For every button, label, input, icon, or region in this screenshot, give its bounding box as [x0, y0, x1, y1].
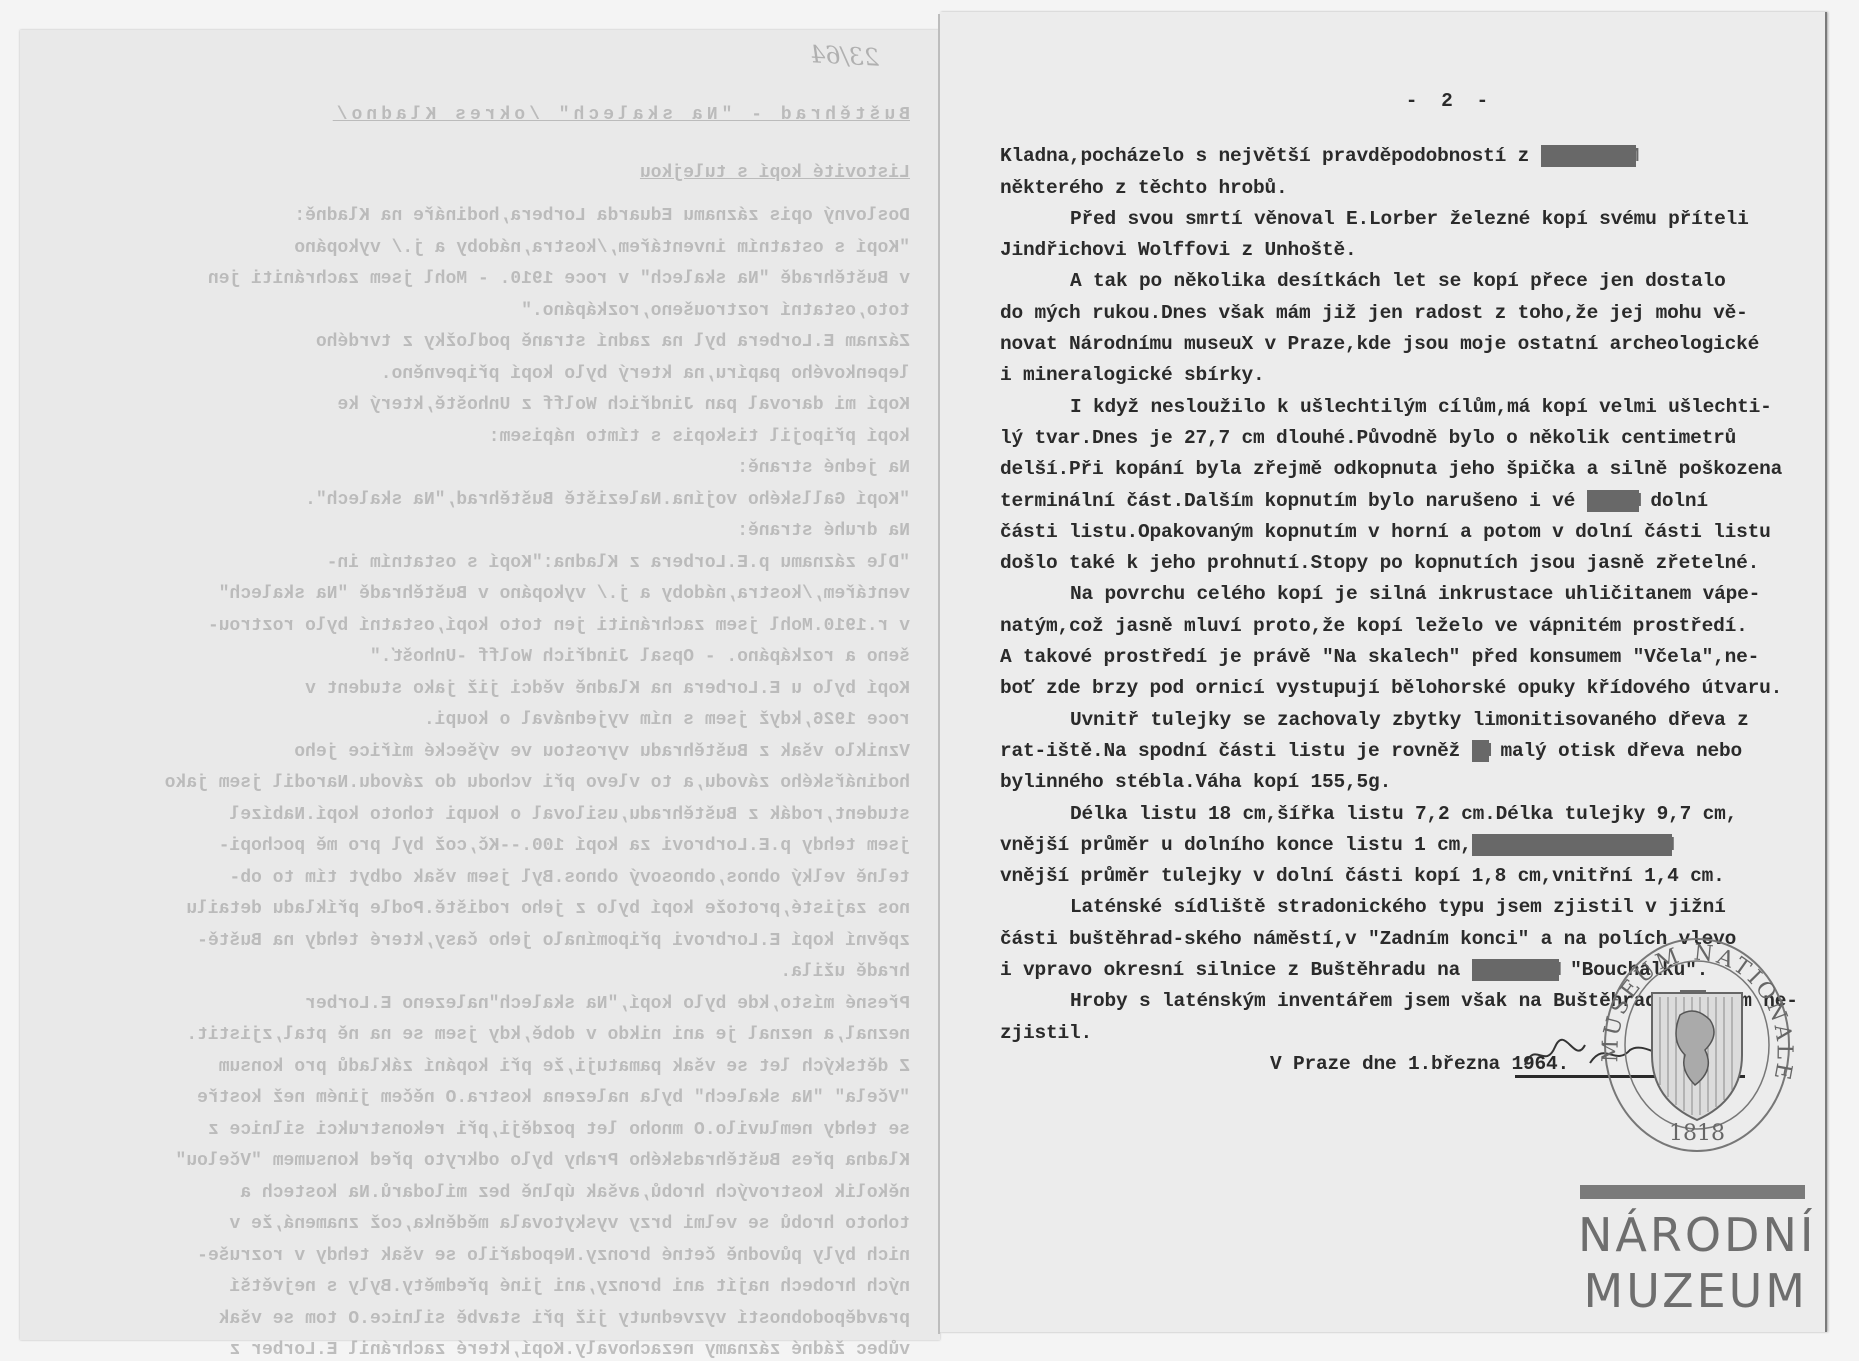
bleed-line: pravděpodobností vyzvednuty již při stav… — [120, 1304, 910, 1336]
museum-seal-icon: MUSEUM NATIONALE 1818 — [1600, 935, 1795, 1155]
bleed-line: telně velký obnos,obnosový obnos.Byl jse… — [120, 863, 910, 895]
letter-line: I když nesloužilo k ušlechtilým cílům,má… — [1000, 392, 1780, 423]
bleed-line: jsem tehdy p.E.Lorbrovi za kopí 100.--Kč… — [120, 831, 910, 863]
letter-line: Délka listu 18 cm,šířka listu 7,2 cm.Dél… — [1000, 799, 1780, 830]
letter-line: natým,což jasně mluví proto,že kopí leže… — [1000, 611, 1780, 642]
bleed-line: hodinářského závodu,a to vlevo při vchod… — [120, 768, 910, 800]
bleed-line: Z dětských let se však pamatuji,že při k… — [120, 1052, 910, 1084]
bleed-line: "Dle záznamu p.E.Lorbera z Kladna:"Kopí … — [120, 548, 910, 580]
letter-line: Uvnitř tulejky se zachovaly zbytky limon… — [1000, 705, 1780, 736]
letter-line: delší.Při kopání byla zřejmě odkopnuta j… — [1000, 454, 1780, 485]
line-text: vnější průměr u dolního konce listu 1 cm… — [1000, 834, 1472, 856]
line-text: malý otisk dřeva nebo — [1489, 740, 1742, 762]
bleed-line: nos zajisté,protože kopí bylo z jeho rod… — [120, 894, 910, 926]
bleed-line: šeno a rozkápáno. - Opsal Jindřich Wolff… — [120, 642, 910, 674]
letter-line: Kladna,pocházelo s největší pravděpodobn… — [1000, 141, 1780, 172]
line-text: natým,což jasně mluví proto,že kopí leže… — [1000, 615, 1748, 637]
line-text: I když nesloužilo k ušlechtilým cílům,má… — [1070, 396, 1772, 418]
logo-line-2: MUZEUM — [1578, 1268, 1808, 1314]
line-text: do mých rukou.Dnes však mám již jen rado… — [1000, 302, 1748, 324]
letter-line: rat-iště.Na spodní části listu je rovněž… — [1000, 736, 1780, 767]
bleed-line: Kopí bylo u E.Lorbera na Kladně vědci ji… — [120, 674, 910, 706]
page-number: - 2 - — [1000, 86, 1780, 117]
line-text: došlo také k jeho prohnutí.Stopy po kopn… — [1000, 552, 1759, 574]
line-text: dolní — [1639, 490, 1708, 512]
line-text: Uvnitř tulejky se zachovaly zbytky limon… — [1070, 709, 1749, 731]
line-text: rat-iště.Na spodní části listu je rovněž — [1000, 740, 1472, 762]
bleed-line: Kladna přes Buštěhradského Prahy bylo od… — [120, 1146, 910, 1178]
page-fold — [938, 14, 940, 1334]
bleed-line: zpěvní kopí E.Lorbrovi připomínalo jeho … — [120, 926, 910, 958]
bleed-line: Kopí mi daroval pan Jindřich Wolff z Unh… — [120, 390, 910, 422]
bleed-line: v Buštěhradě "Na skalech" v roce 1910. -… — [120, 264, 910, 296]
bleed-line: Na jedné straně: — [120, 453, 910, 485]
line-text: Hroby s laténským inventářem jsem však n… — [1070, 990, 1680, 1012]
handwritten-archive-number: 23/64 — [809, 40, 880, 72]
letter-line: terminální část.Dalším kopnutím bylo nar… — [1000, 486, 1780, 517]
struck-out-text: MMMMMM — [1587, 490, 1639, 512]
line-text: Jindřichovi Wolffovi z Unhoště. — [1000, 239, 1357, 261]
letter-line: došlo také k jeho prohnutí.Stopy po kopn… — [1000, 548, 1780, 579]
bleed-line: ventářem,/kostra,nádoby a j./ vykopáno v… — [120, 579, 910, 611]
line-text: Na povrchu celého kopí je silná inkrusta… — [1070, 583, 1760, 605]
bleed-line: toto,ostatní roztroušeno,rozkápáno." — [120, 296, 910, 328]
line-text: A takové prostředí je právě "Na skalech"… — [1000, 646, 1759, 668]
letter-line: Před svou smrtí věnoval E.Lorber železné… — [1000, 204, 1780, 235]
line-text: Délka listu 18 cm,šířka listu 7,2 cm.Dél… — [1070, 803, 1737, 825]
struck-out-text: MMMMMMMMMMM — [1541, 145, 1637, 167]
logo-bar — [1580, 1185, 1805, 1199]
bleed-subtitle: Listovité kopí s tulejkou — [120, 158, 910, 190]
line-text: Kladna,pocházelo s největší pravděpodobn… — [1000, 145, 1541, 167]
letter-line: Jindřichovi Wolffovi z Unhoště. — [1000, 235, 1780, 266]
line-text: delší.Při kopání byla zřejmě odkopnuta j… — [1000, 458, 1782, 480]
letter-line: lý tvar.Dnes je 27,7 cm dlouhé.Původně b… — [1000, 423, 1780, 454]
line-text: Před svou smrtí věnoval E.Lorber železné… — [1070, 208, 1749, 230]
bleed-line: "Včela" "Na skalech" byla nalezena kostr… — [120, 1083, 910, 1115]
bleed-line: vůbec žádné záznamy nezachovaly.Kopí,kte… — [120, 1335, 910, 1361]
letter-line: bylinného stébla.Váha kopí 155,5g. — [1000, 767, 1780, 798]
bleed-line: se tehdy nemluvilo.O mnoho let později,p… — [120, 1115, 910, 1147]
bleed-line: neznal,a neznal je ani nikdo v době,kdy … — [120, 1020, 910, 1052]
letter-line: vnější průměr tulejky v dolní části kopí… — [1000, 861, 1780, 892]
line-text: terminální část.Dalším kopnutím bylo nar… — [1000, 490, 1587, 512]
bleed-line: ných hrobech najít ani bronzy,ani jiné p… — [120, 1272, 910, 1304]
bleed-through-text: Buštěhrad - "Na skalech" /okres Kladno/ … — [120, 100, 910, 1361]
bleed-line: nich byly původně četné bronzy.Nepodařil… — [120, 1241, 910, 1273]
line-text: lý tvar.Dnes je 27,7 cm dlouhé.Původně b… — [1000, 427, 1736, 449]
bleed-line: lepenkového papíru,na který bylo kopí př… — [120, 359, 910, 391]
letter-line: novat Národnímu museuX v Praze,kde jsou … — [1000, 329, 1780, 360]
seal-year: 1818 — [1669, 1121, 1725, 1146]
line-text: vnější průměr tulejky v dolní části kopí… — [1000, 865, 1725, 887]
struck-out-text: MMMMMMMMMM — [1472, 959, 1559, 981]
line-text: boť zde brzy pod ornicí vystupují běloho… — [1000, 677, 1782, 699]
letter-line: i mineralogické sbírky. — [1000, 360, 1780, 391]
line-text: části listu.Opakovaným kopnutím v horní … — [1000, 521, 1771, 543]
bleed-line: "Kopí s ostatním inventářem,/kostra,nádo… — [120, 233, 910, 265]
line-text: zjistil. — [1000, 1022, 1092, 1044]
logo-line-1: NÁRODNÍ — [1578, 1212, 1808, 1258]
letter-body: Kladna,pocházelo s největší pravděpodobn… — [1000, 141, 1780, 1049]
bleed-line: v r.1910.Mohl jsem zachrániti jen toto k… — [120, 611, 910, 643]
bleed-line: hradě užila. — [120, 957, 910, 989]
bleed-line: "Kopí Gallského vojína.Naleziště Buštěhr… — [120, 485, 910, 517]
bleed-title: Buštěhrad - "Na skalech" /okres Kladno/ — [120, 100, 910, 132]
line-text: novat Národnímu museuX v Praze,kde jsou … — [1000, 333, 1759, 355]
bleed-lines: Doslovný opis záznamu Eduarda Lorbera,ho… — [120, 201, 910, 1361]
struck-out-text: MM — [1472, 740, 1489, 762]
bleed-line: několik kostrových hrobů,avšak úplně bez… — [120, 1178, 910, 1210]
letter-line: části listu.Opakovaným kopnutím v horní … — [1000, 517, 1780, 548]
bleed-line: Vzniklo však z Buštěhradu vyrostou ve vý… — [120, 737, 910, 769]
line-text: Laténské sídliště stradonického typu jse… — [1070, 896, 1726, 918]
bleed-line: Přesné místo,kde bylo kopí,"Na skalech"n… — [120, 989, 910, 1021]
letter-line: A tak po několika desítkách let se kopí … — [1000, 266, 1780, 297]
bleed-line: Záznam E.Lorbera byl na zadní straně pod… — [120, 327, 910, 359]
letter-line: některého z těchto hrobů. — [1000, 173, 1780, 204]
letter-line: Laténské sídliště stradonického typu jse… — [1000, 892, 1780, 923]
line-text: bylinného stébla.Váha kopí 155,5g. — [1000, 771, 1391, 793]
bleed-line: Na druhé straně: — [120, 516, 910, 548]
bleed-line: student,rodák z Buštěhradu,usiloval o ko… — [120, 800, 910, 832]
line-text: některého z těchto hrobů. — [1000, 177, 1288, 199]
letter-line: vnější průměr u dolního konce listu 1 cm… — [1000, 830, 1780, 861]
bleed-line: tohoto hrobů se velmi brzy vyskytovala m… — [120, 1209, 910, 1241]
letter-line: A takové prostředí je právě "Na skalech"… — [1000, 642, 1780, 673]
bleed-line: kopí připojil tiskopis s tímto nápisem: — [120, 422, 910, 454]
typed-letter: - 2 - Kladna,pocházelo s největší pravdě… — [1000, 86, 1780, 1080]
letter-line: boť zde brzy pod ornicí vystupují běloho… — [1000, 673, 1780, 704]
bleed-line: Doslovný opis záznamu Eduarda Lorbera,ho… — [120, 201, 910, 233]
line-text: i mineralogické sbírky. — [1000, 364, 1265, 386]
letter-line: do mých rukou.Dnes však mám již jen rado… — [1000, 298, 1780, 329]
bleed-line: roce 1926,když jsem s ním vyjednával o k… — [120, 705, 910, 737]
struck-out-text: MMMMMMMMMMMMMMMMMMMMMMM — [1472, 834, 1672, 856]
line-text: i vpravo okresní silnice z Buštěhradu na — [1000, 959, 1472, 981]
letter-line: Na povrchu celého kopí je silná inkrusta… — [1000, 579, 1780, 610]
line-text: A tak po několika desítkách let se kopí … — [1070, 270, 1726, 292]
